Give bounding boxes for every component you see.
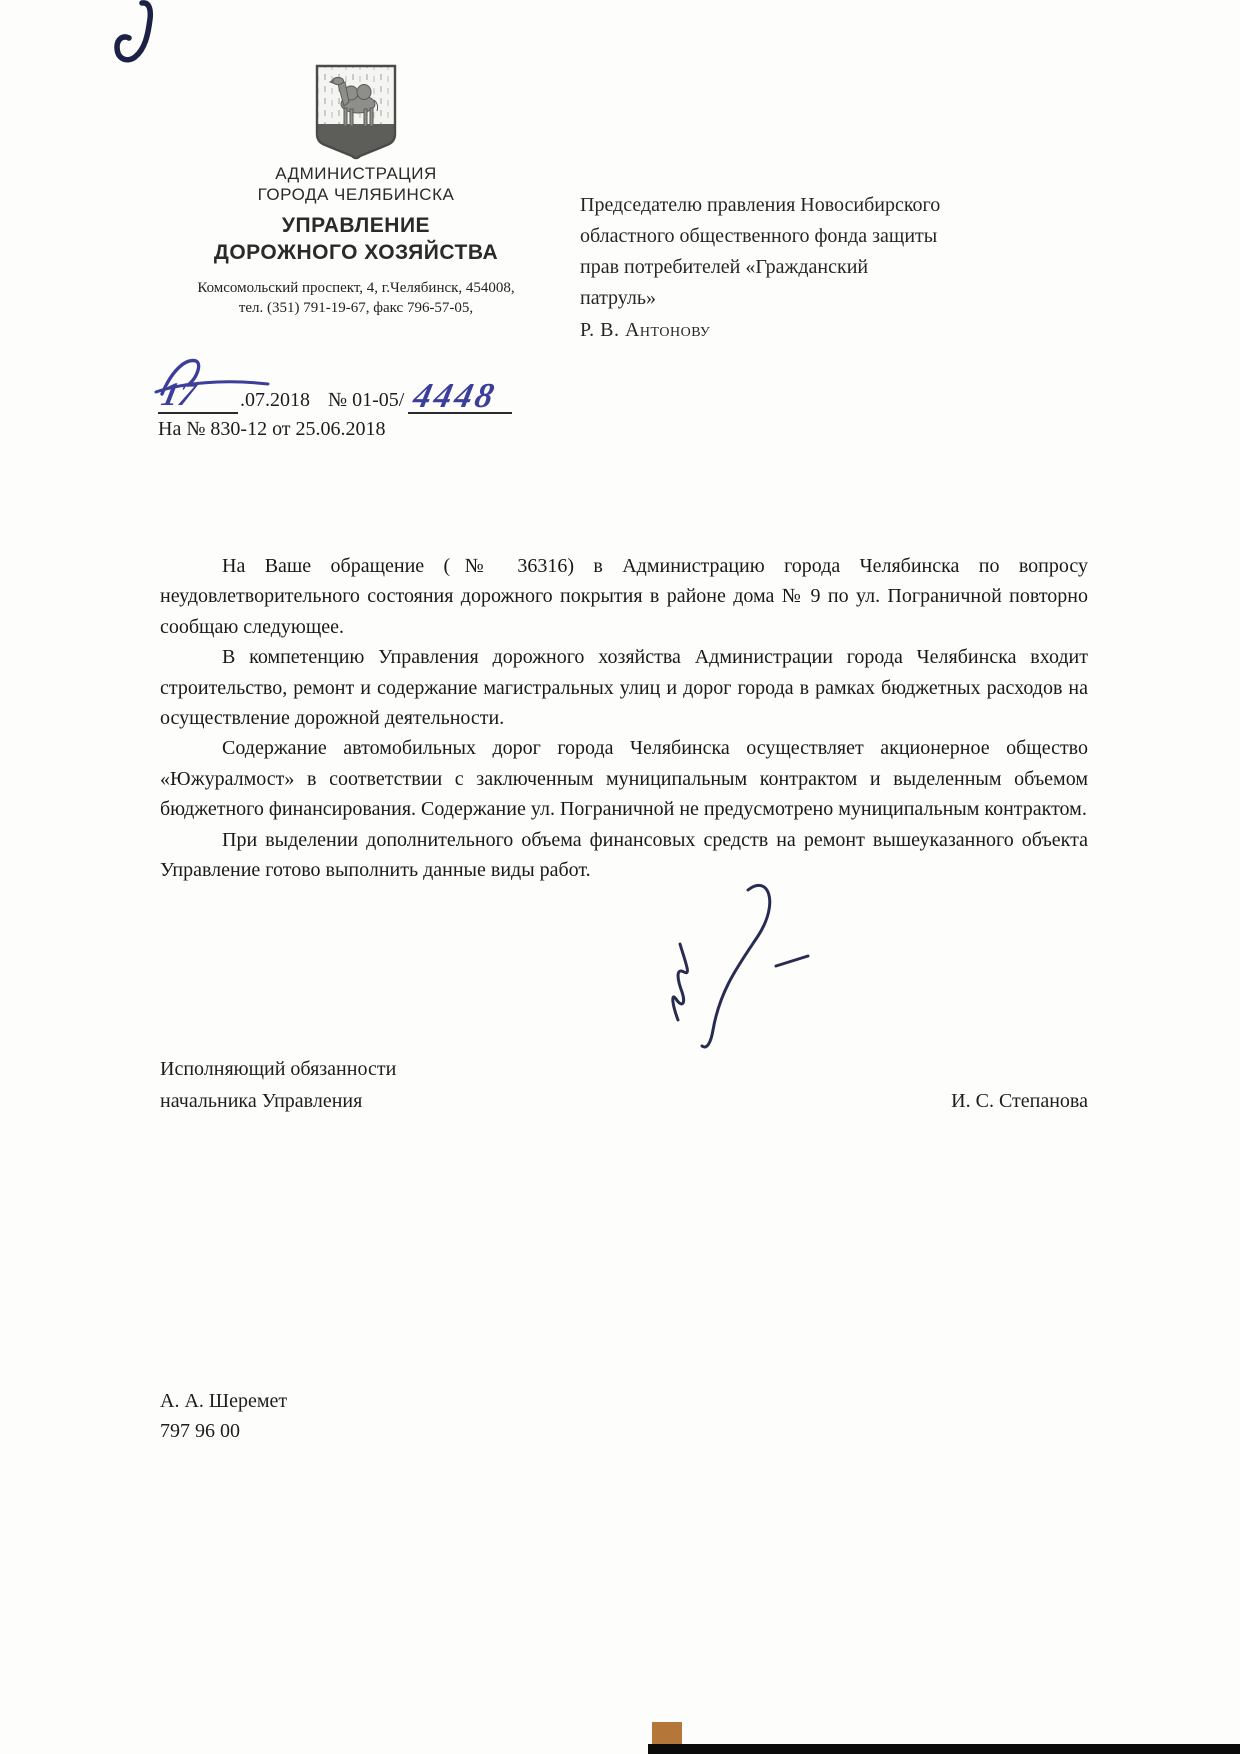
org-address: Комсомольский проспект, 4, г.Челябинск, … <box>150 280 562 297</box>
addressee-line: областного общественного фонда защиты <box>580 221 1040 252</box>
body-paragraph: При выделении дополнительного объема фин… <box>160 825 1088 886</box>
department-line2: ДОРОЖНОГО ХОЗЯЙСТВА <box>150 241 562 265</box>
outgoing-number-slot: 4448 <box>408 412 512 414</box>
executor-name: А. А. Шеремет <box>160 1390 287 1413</box>
addressee-name: Р. В. Антонову <box>580 315 1040 346</box>
body-paragraph: Содержание автомобильных дорог города Че… <box>160 733 1088 824</box>
scanned-letter-page: АДМИНИСТРАЦИЯ ГОРОДА ЧЕЛЯБИНСКА УПРАВЛЕН… <box>0 0 1240 1754</box>
reply-to-reference: На № 830-12 от 25.06.2018 <box>158 418 386 441</box>
addressee-line: прав потребителей «Гражданский <box>580 252 1040 283</box>
signer-position-line2: начальника Управления <box>160 1090 362 1113</box>
addressee-block: Председателю правления Новосибирского об… <box>580 190 1040 346</box>
handwritten-signature <box>618 878 828 1073</box>
signer-name: И. С. Степанова <box>860 1090 1088 1113</box>
org-name-line2: ГОРОДА ЧЕЛЯБИНСКА <box>150 185 562 205</box>
body-paragraph: В компетенцию Управления дорожного хозяй… <box>160 642 1088 733</box>
handwritten-number: 4448 <box>410 376 501 416</box>
org-phone: тел. (351) 791-19-67, факс 796-57-05, <box>150 300 562 317</box>
date-day-slot: 17 <box>158 412 238 414</box>
chelyabinsk-coat-of-arms-icon <box>308 60 404 164</box>
org-name-line1: АДМИНИСТРАЦИЯ <box>150 164 562 184</box>
paper-clip-artifact <box>104 0 164 72</box>
outgoing-number-label: № 01-05/ <box>328 389 404 414</box>
body-paragraph: На Ваше обращение (№ 36316) в Администра… <box>160 551 1088 642</box>
addressee-line: Председателю правления Новосибирского <box>580 190 1040 221</box>
printed-date: .07.2018 <box>238 389 312 414</box>
handwritten-day: 17 <box>158 377 199 414</box>
department-line1: УПРАВЛЕНИЕ <box>150 214 562 238</box>
reference-line: 17 .07.2018 № 01-05/ 4448 <box>158 378 512 414</box>
letter-body: На Ваше обращение (№ 36316) в Администра… <box>160 551 1088 885</box>
scan-artifact-orange <box>652 1722 682 1746</box>
scan-artifact-black-strip <box>648 1744 1240 1754</box>
executor-phone: 797 96 00 <box>160 1420 240 1443</box>
addressee-line: патруль» <box>580 283 1040 314</box>
signer-position-line1: Исполняющий обязанности <box>160 1058 396 1081</box>
